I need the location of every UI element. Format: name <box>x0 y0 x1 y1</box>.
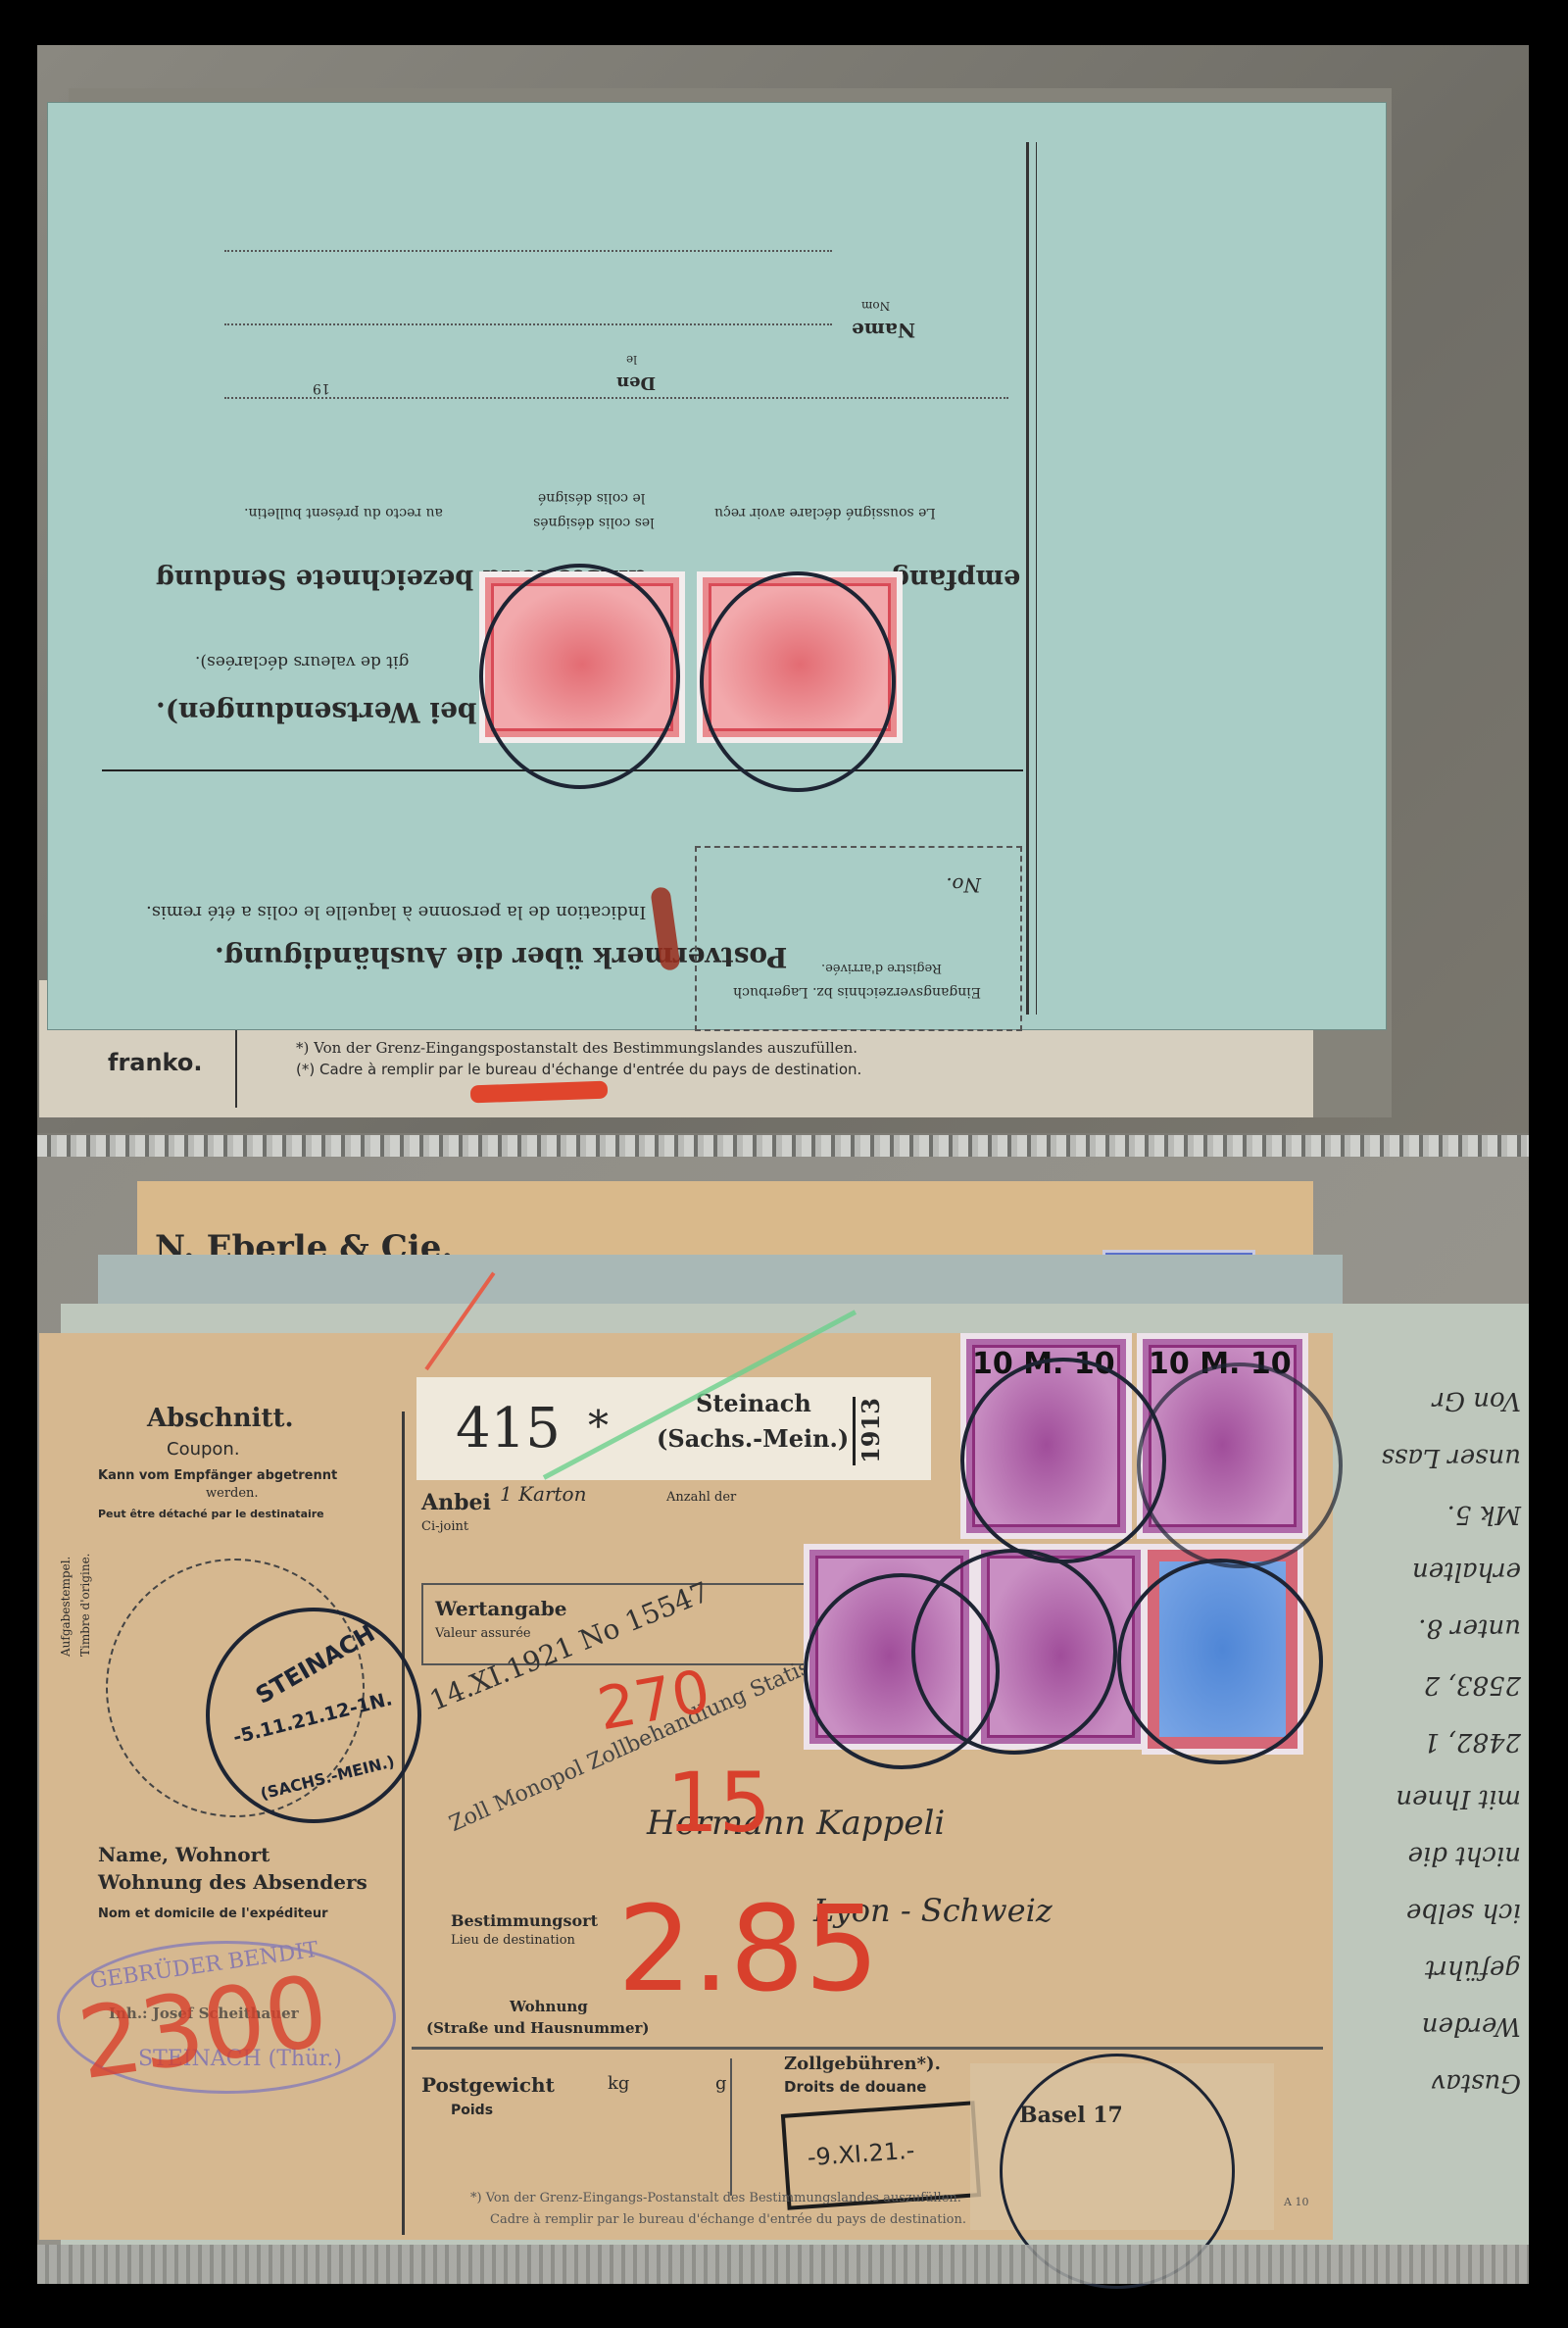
red-ink-mark <box>470 1081 609 1104</box>
sleeve-bottom-edge <box>37 2245 1529 2284</box>
coupon-divider <box>402 1412 405 2235</box>
red-ink-15: 15 <box>666 1755 771 1851</box>
footnote-fr: (*) Cadre à remplir par le bureau d'écha… <box>296 1061 861 1078</box>
cancel-steinach-1 <box>960 1358 1166 1563</box>
footnote-de: *) Von der Grenz-Eingangspostanstalt des… <box>296 1039 857 1057</box>
cancel-steinach-5 <box>1117 1559 1323 1764</box>
sleeve-divider <box>37 1135 1529 1157</box>
red-ink-285: 2.85 <box>617 1882 879 2018</box>
cancel-chemnitz-2 <box>700 571 896 792</box>
parcel-number: 415 <box>456 1397 561 1461</box>
label-city: Steinach <box>696 1389 811 1417</box>
parcel-card-bottom: Abschnitt. Coupon. Kann vom Empfänger ab… <box>39 1333 1333 2240</box>
handwriting: Gustav Werden geführt ich selbe nicht di… <box>1374 1372 1521 2111</box>
parcel-card-top: Postvermerk über die Aushändigung. Indic… <box>47 102 1387 1030</box>
red-ink-270: 270 <box>593 1658 715 1745</box>
register-box: Eingangsverzeichnis bz. Lagerbuch Regist… <box>695 846 1022 1031</box>
cancel-steinach-origin: STEINACH -5.11.21.12-1N. (SACHS.-MEIN.) <box>206 1608 421 1823</box>
heading-partial: bei Wertsendungen). <box>156 696 476 728</box>
form-subtitle: Indication de la personne à laquelle le … <box>146 902 646 922</box>
coupon-title: Abschnitt. <box>147 1404 294 1433</box>
parcel-label: 415 * Steinach (Sachs.-Mein.) 1913 <box>416 1377 931 1480</box>
franko-text: franko. <box>108 1049 202 1076</box>
cancel-chemnitz-1 <box>479 564 680 789</box>
cancel-steinach-2 <box>1137 1362 1343 1568</box>
torn-grey-envelope <box>98 1255 1343 1309</box>
cancel-steinach-4 <box>911 1549 1117 1755</box>
divider-line <box>1026 142 1029 1015</box>
